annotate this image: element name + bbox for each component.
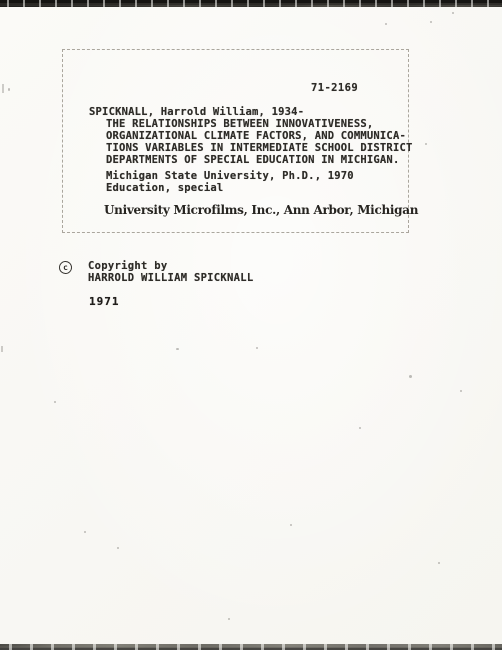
- scanned-page: 71-2169 SPICKNALL, Harrold William, 1934…: [0, 0, 502, 650]
- scan-speck: [385, 23, 387, 25]
- copyright-line2: HARROLD WILLIAM SPICKNALL: [88, 273, 254, 285]
- scan-speck: [359, 427, 361, 429]
- scan-speck: [425, 143, 427, 145]
- copyright-year: 1971: [89, 295, 120, 308]
- copyright-line1: Copyright by: [88, 261, 254, 273]
- scan-speck: [438, 562, 440, 564]
- film-edge-tick: [1, 346, 3, 352]
- scan-speck: [8, 88, 10, 91]
- scan-speck: [84, 531, 86, 533]
- publisher-line: University Microfilms, Inc., Ann Arbor, …: [104, 203, 418, 217]
- catalog-card-outline: 71-2169 SPICKNALL, Harrold William, 1934…: [62, 49, 409, 233]
- scan-speck: [430, 21, 432, 23]
- title-line: DEPARTMENTS OF SPECIAL EDUCATION IN MICH…: [106, 154, 413, 166]
- title-line: ORGANIZATIONAL CLIMATE FACTORS, AND COMM…: [106, 130, 413, 142]
- scan-speck: [54, 401, 56, 403]
- copyright-symbol-icon: c: [59, 261, 73, 275]
- scan-speck: [176, 348, 179, 350]
- scan-speck: [228, 618, 230, 620]
- scan-speck: [290, 524, 292, 526]
- copyright-symbol-letter: c: [63, 263, 68, 271]
- film-edge-artifact-top: [0, 0, 502, 7]
- scan-speck: [452, 12, 454, 14]
- scan-speck: [256, 347, 258, 349]
- title-line: TIONS VARIABLES IN INTERMEDIATE SCHOOL D…: [106, 142, 413, 154]
- author-line: SPICKNALL, Harrold William, 1934-: [89, 106, 413, 118]
- scan-speck: [409, 375, 412, 378]
- order-number: 71-2169: [311, 82, 358, 94]
- citation-block: SPICKNALL, Harrold William, 1934- THE RE…: [89, 106, 413, 166]
- scan-speck: [460, 390, 462, 392]
- copyright-notice: Copyright by HARROLD WILLIAM SPICKNALL: [88, 261, 254, 284]
- degree-block: Michigan State University, Ph.D., 1970 E…: [106, 170, 354, 194]
- film-edge-tick: [2, 84, 4, 93]
- title-line: THE RELATIONSHIPS BETWEEN INNOVATIVENESS…: [106, 118, 413, 130]
- subject-line: Education, special: [106, 182, 354, 194]
- degree-line: Michigan State University, Ph.D., 1970: [106, 170, 354, 182]
- scan-speck: [117, 547, 119, 549]
- film-edge-artifact-bottom: [0, 644, 502, 650]
- title-block: THE RELATIONSHIPS BETWEEN INNOVATIVENESS…: [89, 118, 413, 166]
